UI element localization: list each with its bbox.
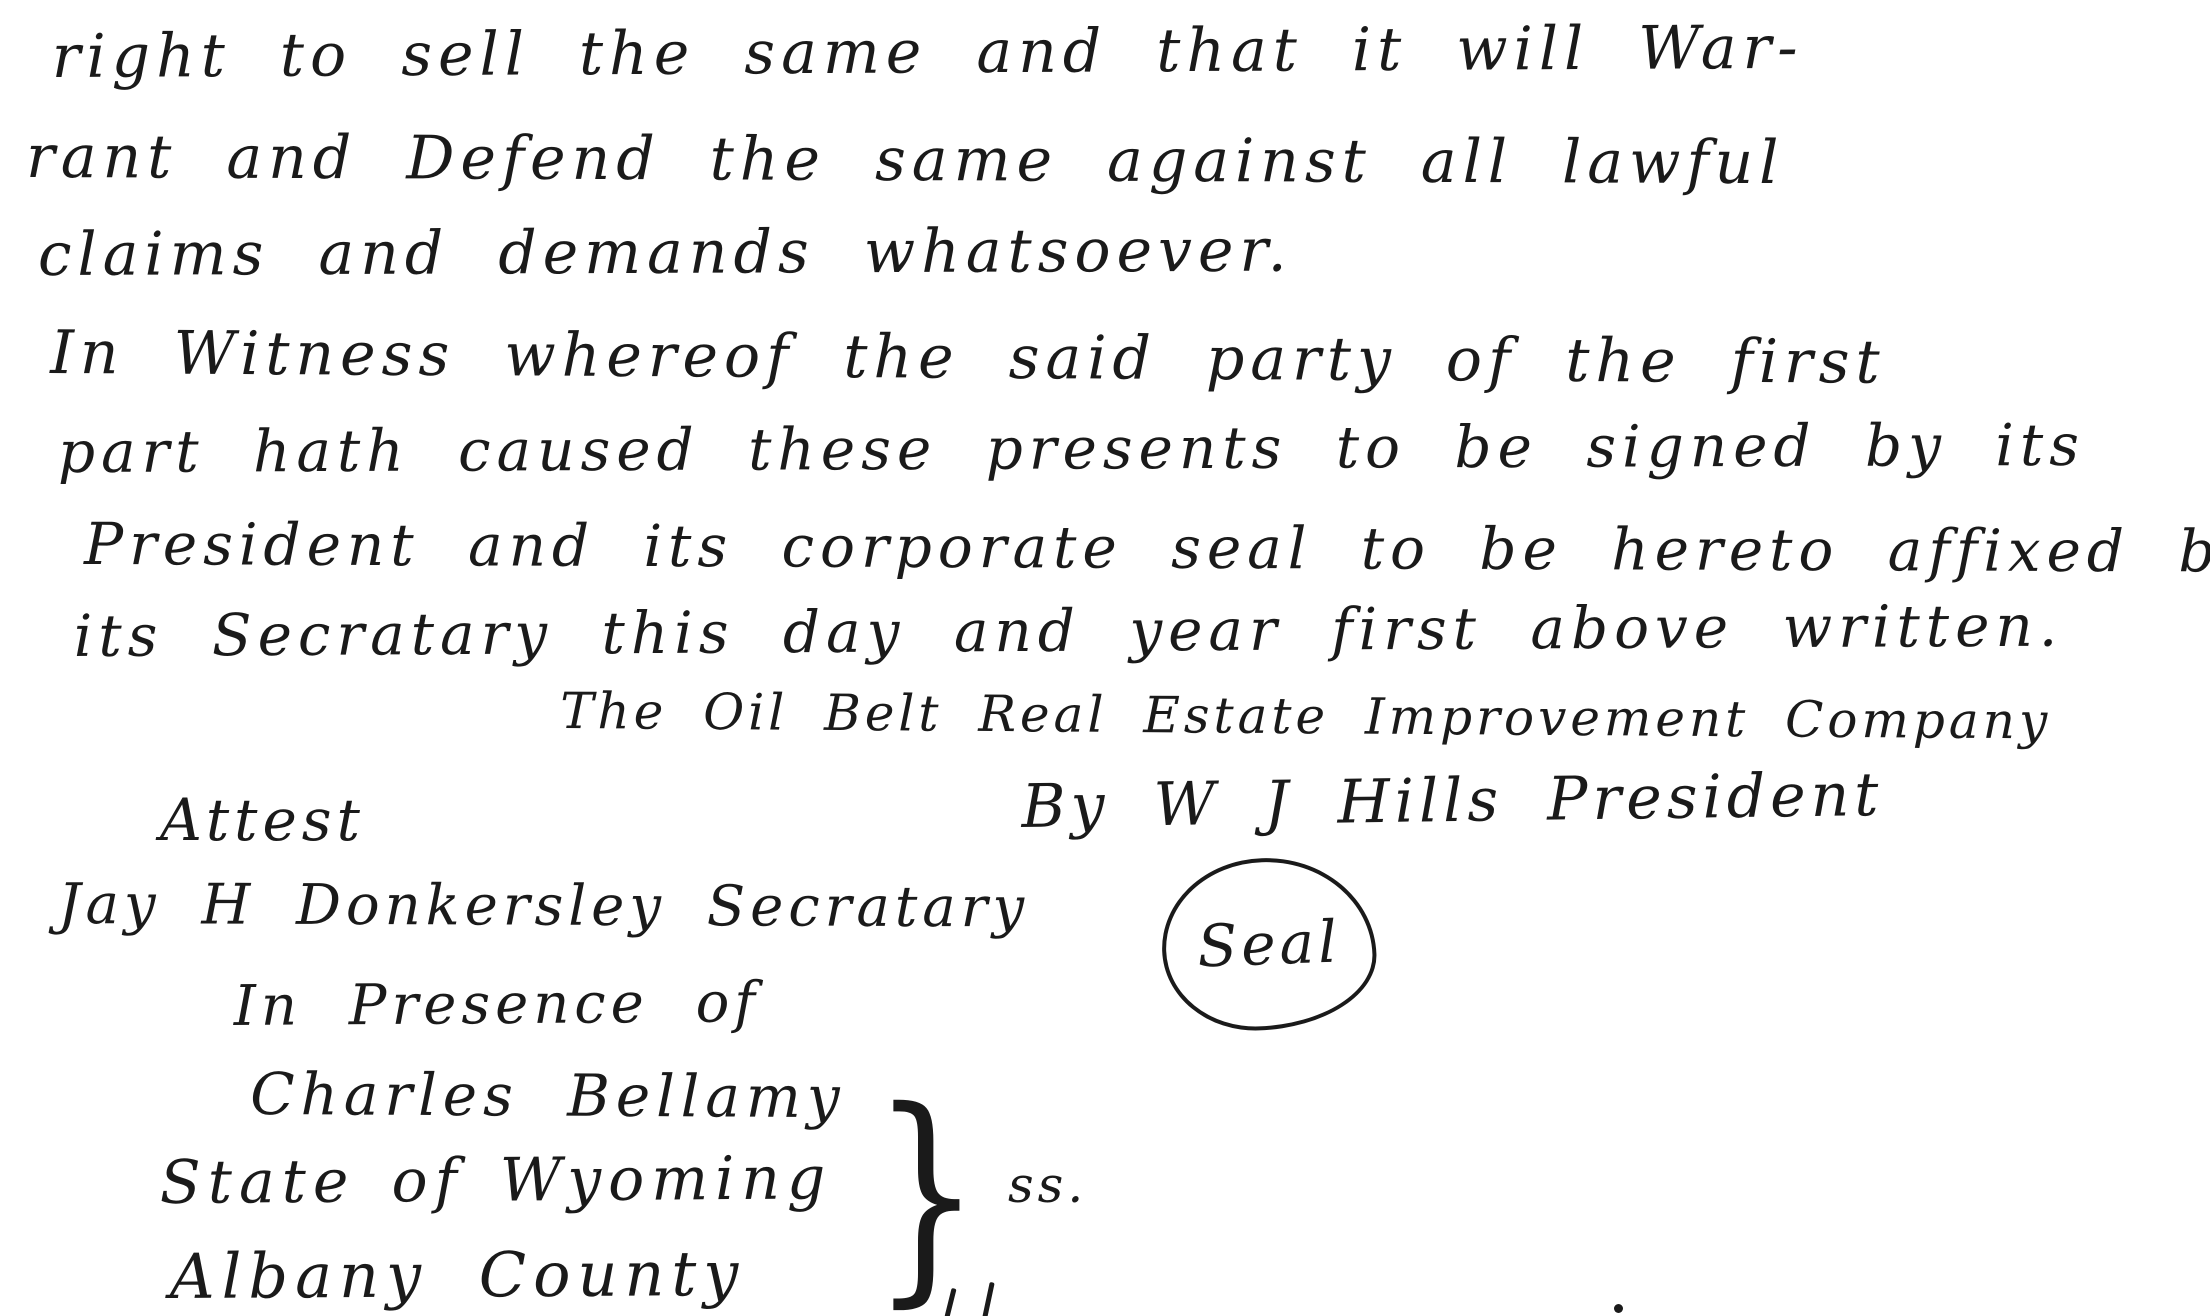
deed-record-page: right to sell the same and that it will … (0, 0, 2210, 1316)
attest-label: Attest (160, 786, 365, 854)
company-signature-line: The Oil Belt Real Estate Improvement Com… (560, 682, 2051, 750)
deed-body-line-2: rant and Defend the same against all law… (26, 122, 1785, 198)
deed-body-line-4: In Witness whereof the said party of the… (50, 318, 1886, 398)
president-signature-line: By W J Hills President (1021, 760, 1884, 842)
secretary-signature-line: Jay H Donkersley Secratary (58, 872, 1029, 940)
seal-label: Seal (1196, 908, 1341, 981)
seal-oval: Seal (1159, 854, 1379, 1033)
ink-dot-mark (1614, 1304, 1623, 1313)
venue-state-line: State of Wyoming (160, 1143, 833, 1218)
venue-county-line: Albany County (170, 1237, 746, 1313)
cutoff-next-line-stroke (982, 1282, 994, 1316)
deed-body-line-7: its Secratary this day and year first ab… (74, 592, 2064, 670)
deed-body-line-1: right to sell the same and that it will … (52, 13, 1804, 92)
witness-heading: In Presence of (234, 970, 761, 1039)
venue-brace-glyph: } (872, 1080, 981, 1308)
deed-body-line-6: President and its corporate seal to be h… (84, 510, 2210, 586)
venue-ss-label: ss. (1008, 1156, 1087, 1214)
deed-body-line-3: claims and demands whatsoever. (38, 216, 1293, 290)
witness-name-line: Charles Bellamy (250, 1060, 846, 1131)
deed-body-line-5: part hath caused these presents to be si… (58, 411, 2085, 486)
